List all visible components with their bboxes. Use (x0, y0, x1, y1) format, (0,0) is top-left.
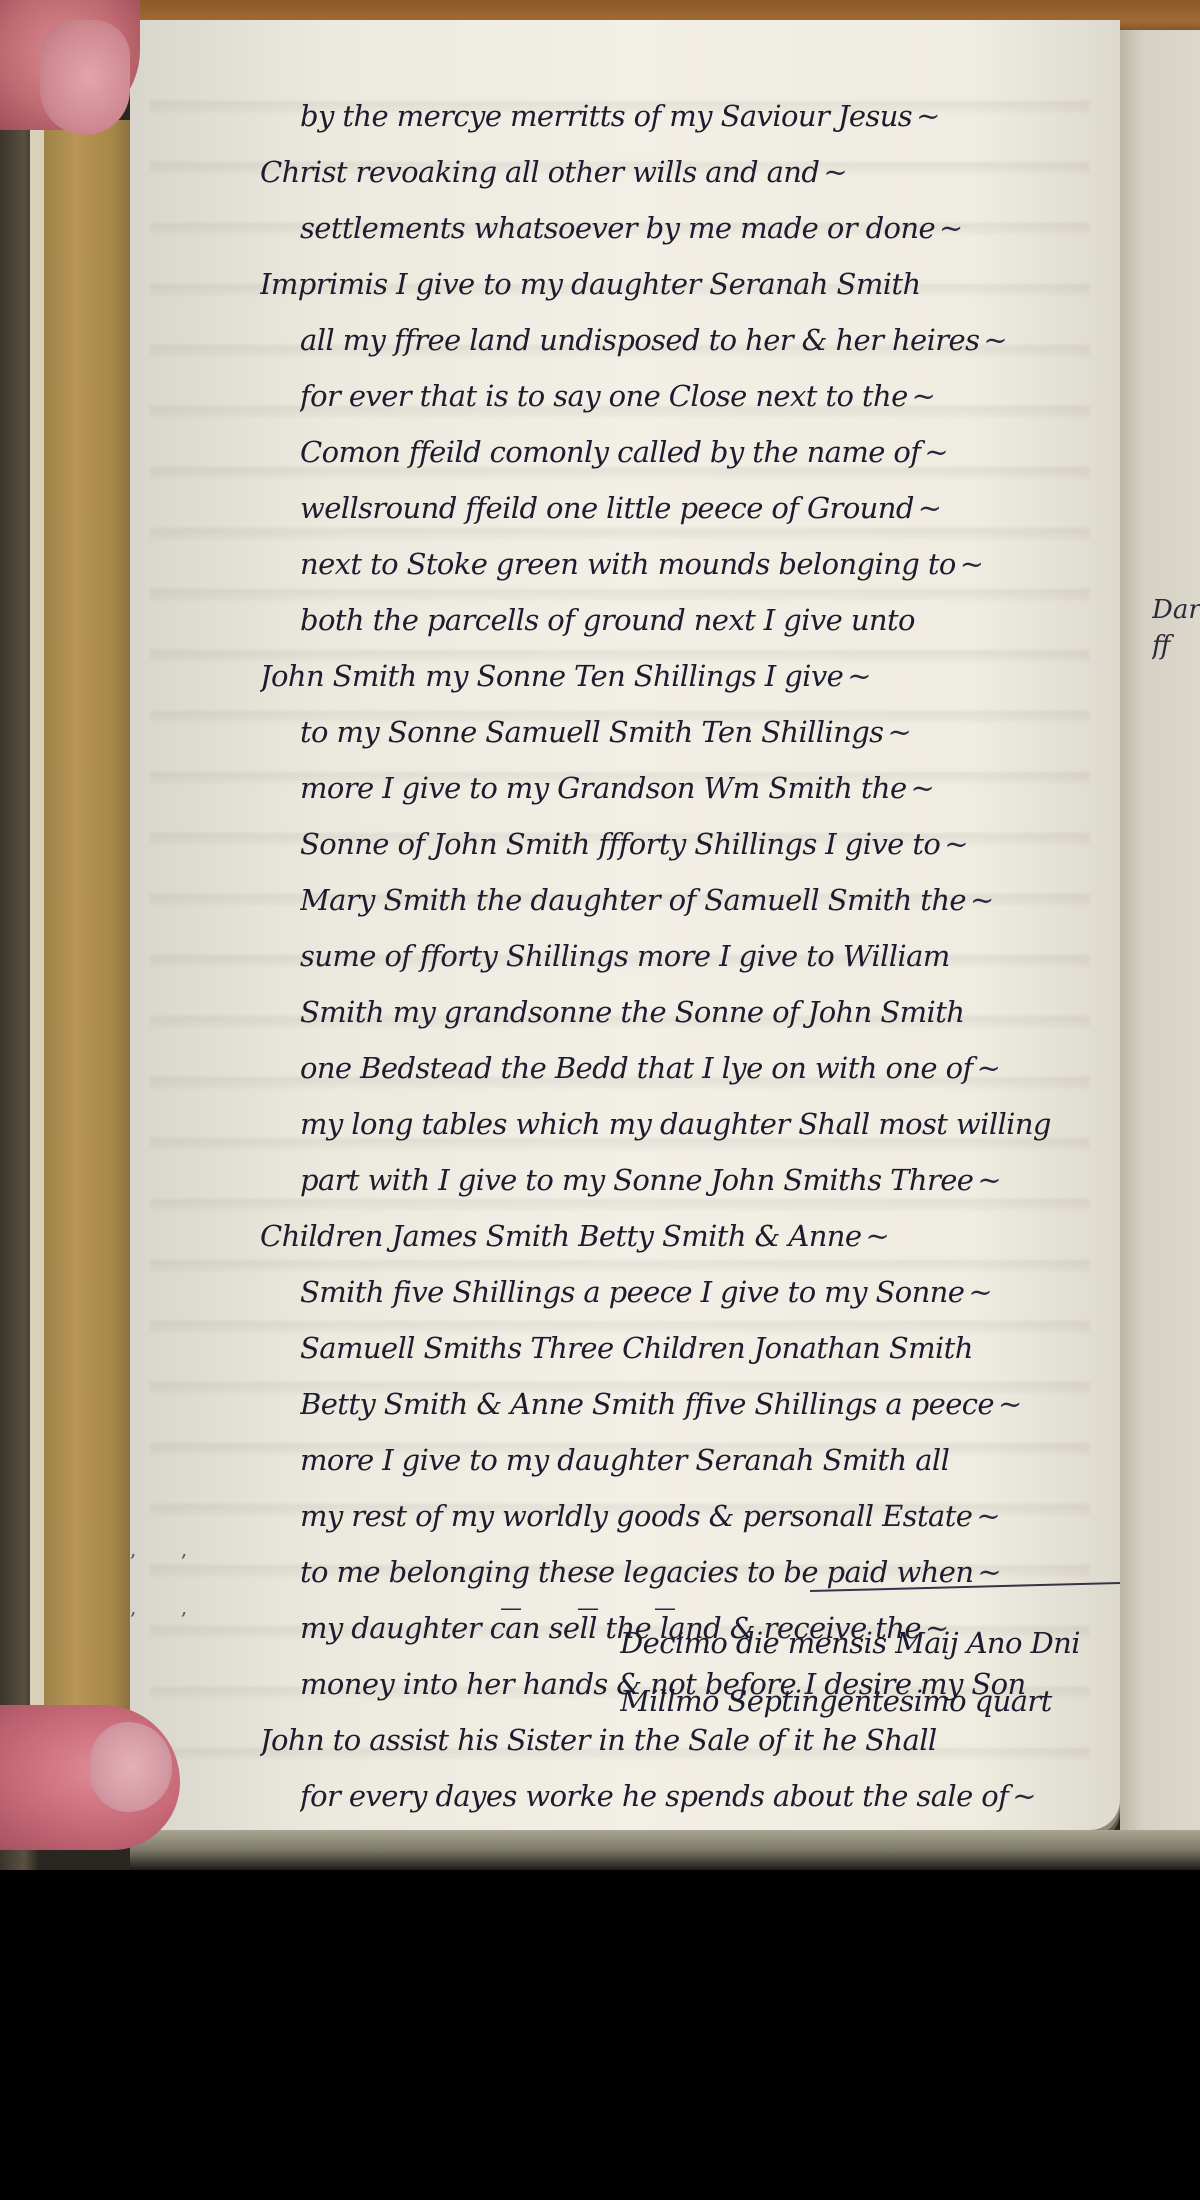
thumbnail-top (40, 20, 130, 135)
manuscript-line: to my Sonne Samuell Smith Ten Shillings~ (300, 704, 1120, 760)
manuscript-line: settlements whatsoever by me made or don… (300, 200, 1120, 256)
manuscript-line: Christ revoaking all other wills and and… (260, 144, 1120, 200)
manuscript-line: wellsround ffeild one little peece of Gr… (300, 480, 1120, 536)
page-stack-edge (30, 120, 44, 1840)
manuscript-line: my rest of my worldly goods & personall … (300, 1488, 1120, 1544)
book-bottom-edge (130, 1830, 1200, 1870)
manuscript-line: next to Stoke green with mounds belongin… (300, 536, 1120, 592)
manuscript-line: to me belonging these legacies to be pai… (300, 1544, 1120, 1600)
manuscript-line: by the mercye merritts of my Saviour Jes… (300, 88, 1120, 144)
manuscript-line: sume of fforty Shillings more I give to … (300, 928, 1120, 984)
manuscript-line: my long tables which my daughter Shall m… (300, 1096, 1120, 1152)
facing-page-text: Dar ff (1152, 592, 1200, 664)
manuscript-line: part with I give to my Sonne John Smiths… (300, 1152, 1120, 1208)
manuscript-line: Smith five Shillings a peece I give to m… (300, 1264, 1120, 1320)
manuscript-line: Comon ffeild comonly called by the name … (300, 424, 1120, 480)
manuscript-line: one Bedstead the Bedd that I lye on with… (300, 1040, 1120, 1096)
will-text: by the mercye merritts of my Saviour Jes… (300, 88, 1120, 1870)
facing-fragment: ff (1152, 628, 1200, 664)
manuscript-line: Smith my grandsonne the Sonne of John Sm… (300, 984, 1120, 1040)
date-line: Millmo Septingentesimo quart (620, 1672, 1140, 1730)
manuscript-line: Betty Smith & Anne Smith ffive Shillings… (300, 1376, 1120, 1432)
manuscript-line: Mary Smith the daughter of Samuell Smith… (300, 872, 1120, 928)
manuscript-line: Sonne of John Smith ffforty Shillings I … (300, 816, 1120, 872)
thumbnail-bottom (90, 1722, 172, 1812)
date-clause: Decimo die mensis Maij Ano Dni Millmo Se… (620, 1614, 1140, 1730)
manuscript-line: John Smith my Sonne Ten Shillings I give… (260, 648, 1120, 704)
book-binding (40, 120, 130, 1840)
margin-marks: , , , , (130, 1520, 187, 1636)
date-line: Decimo die mensis Maij Ano Dni (620, 1614, 1140, 1672)
manuscript-line: more I give to my Grandson Wm Smith the~ (300, 760, 1120, 816)
manuscript-photo: Dar ff by the mercye merritts of my Savi… (0, 0, 1200, 1870)
facing-fragment: Dar (1152, 592, 1200, 628)
manuscript-line: more I give to my daughter Seranah Smith… (300, 1432, 1120, 1488)
facing-page (1120, 30, 1200, 1830)
manuscript-line: Samuell Smiths Three Children Jonathan S… (300, 1320, 1120, 1376)
manuscript-line: Imprimis I give to my daughter Seranah S… (260, 256, 1120, 312)
manuscript-line: for every dayes worke he spends about th… (300, 1768, 1120, 1824)
manuscript-line: both the parcells of ground next I give … (300, 592, 1120, 648)
manuscript-line: for ever that is to say one Close next t… (300, 368, 1120, 424)
manuscript-line: all my ffree land undisposed to her & he… (300, 312, 1120, 368)
manuscript-line: Children James Smith Betty Smith & Anne~ (260, 1208, 1120, 1264)
